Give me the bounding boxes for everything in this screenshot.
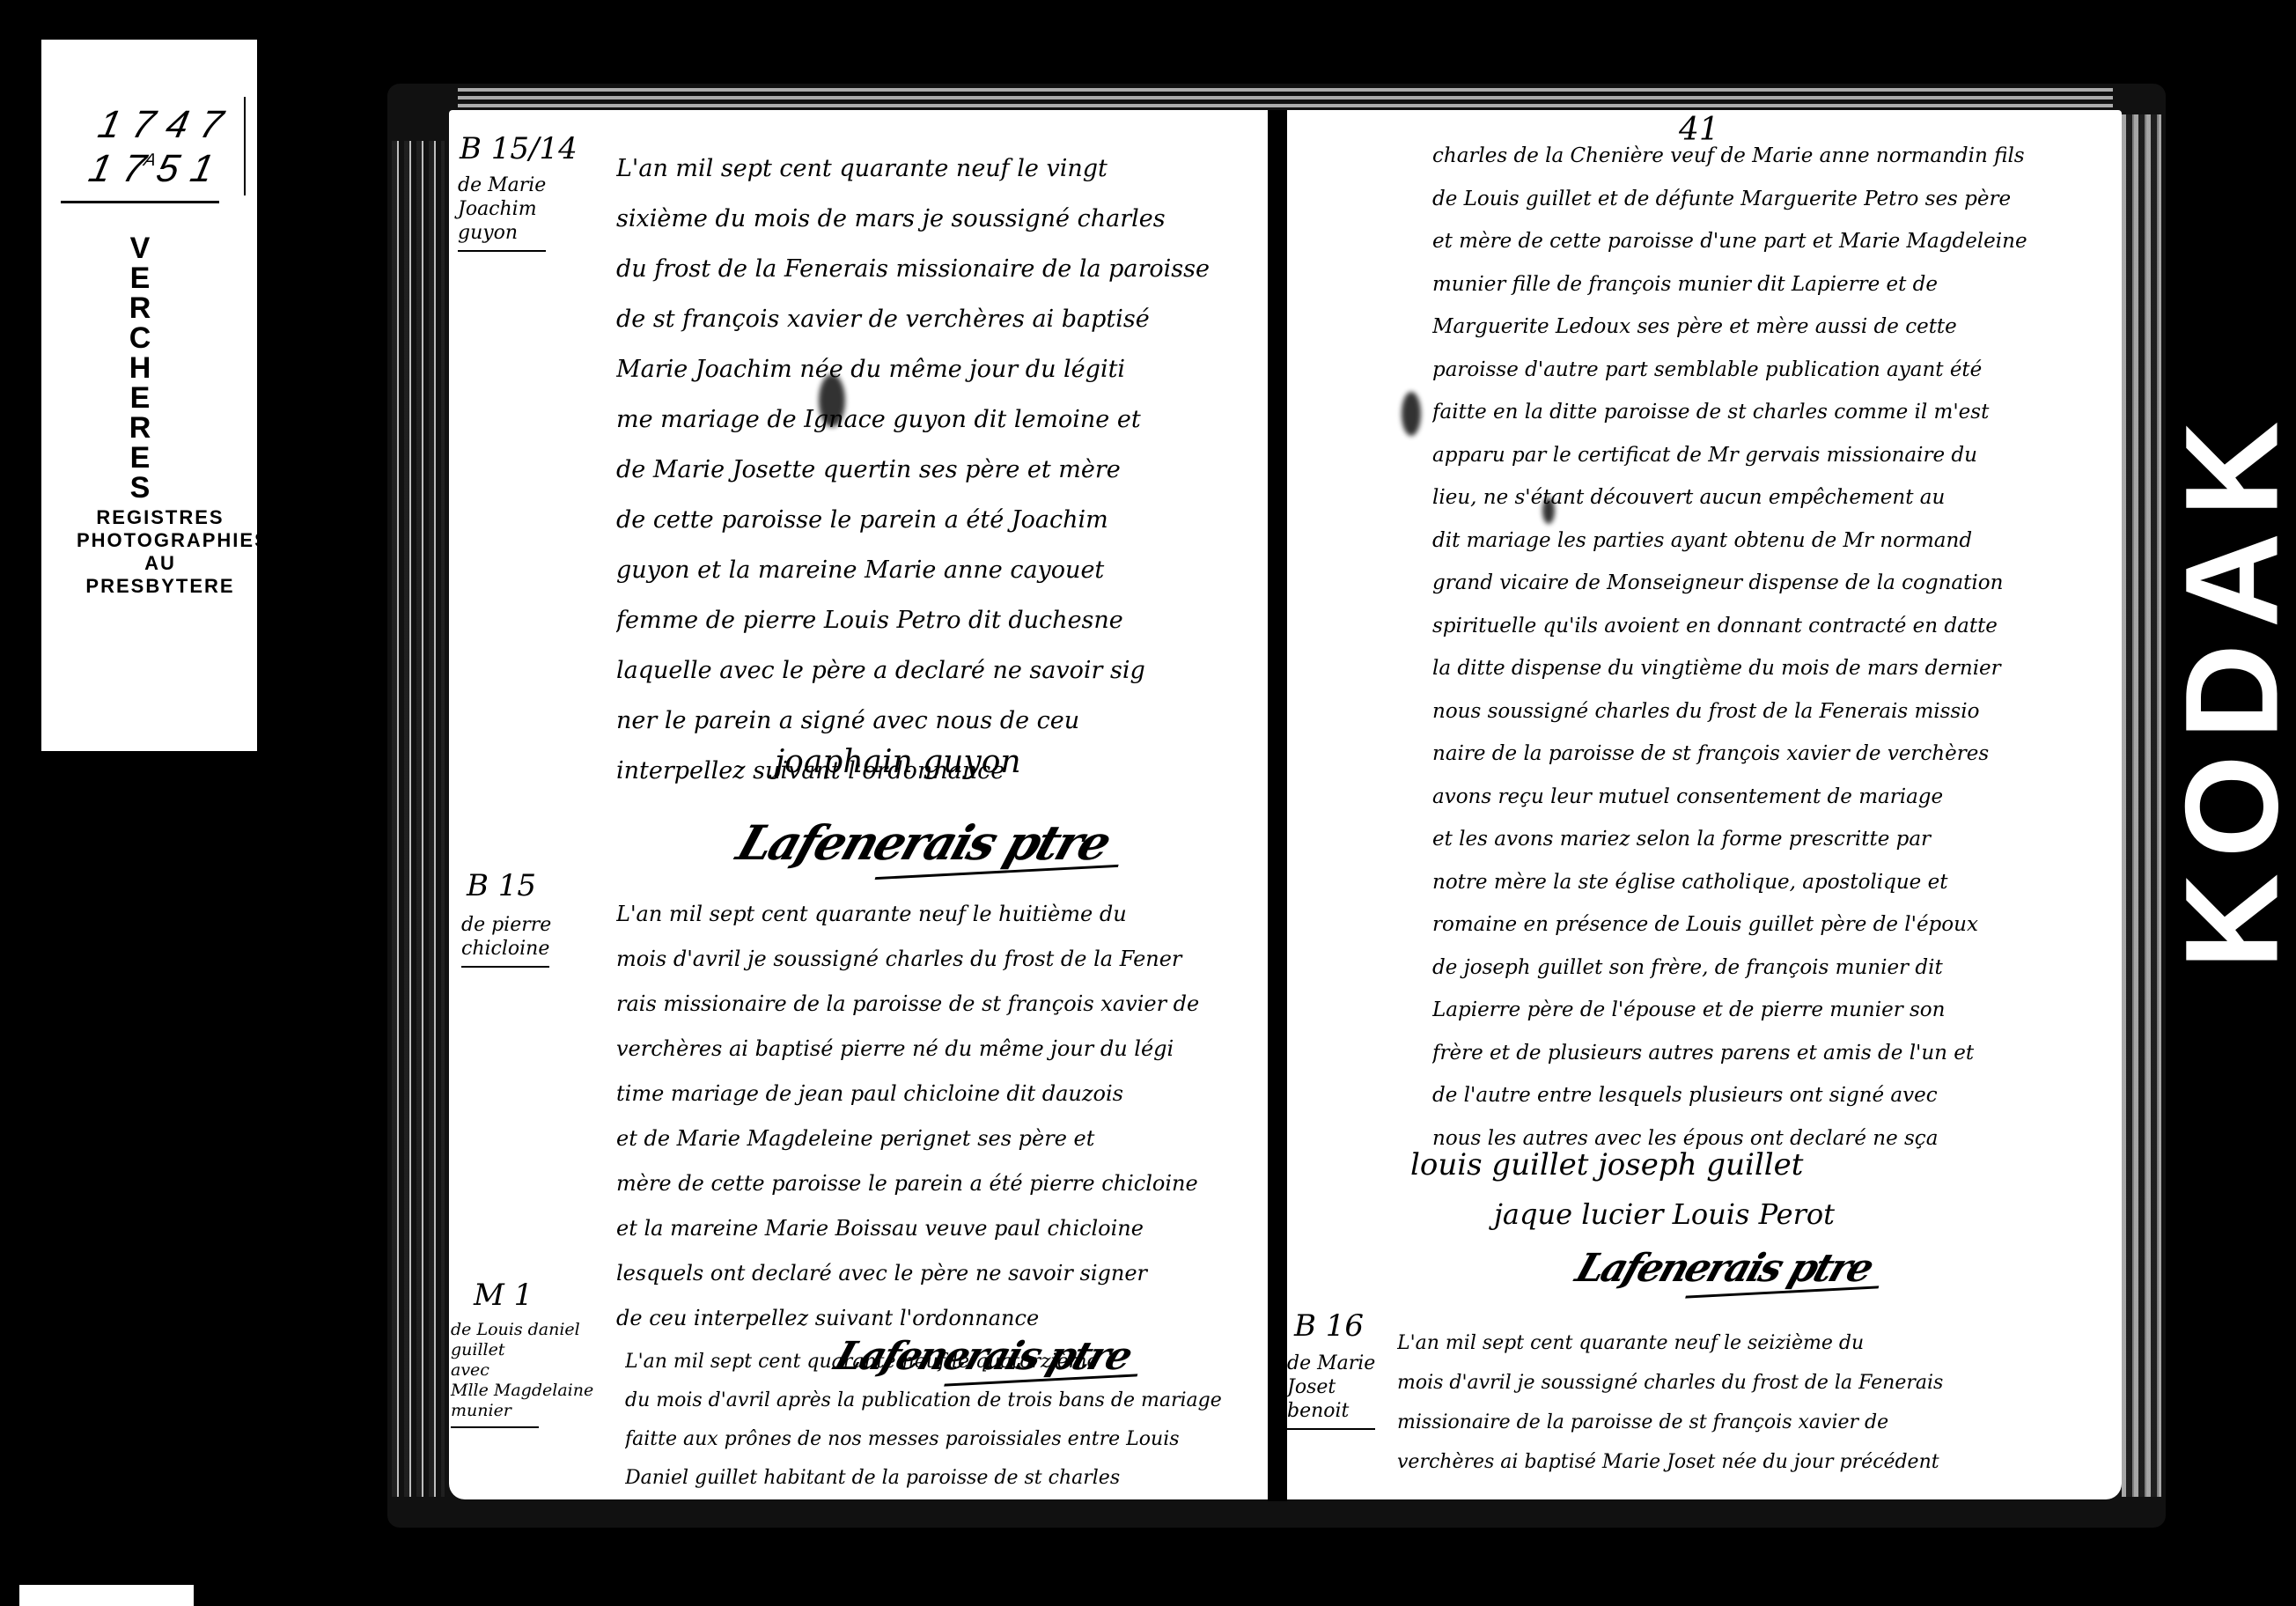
- signature-lafenerais: Lafenerais ptre: [1571, 1246, 1878, 1291]
- label-year-from: 1747: [94, 103, 239, 146]
- entry-3-text: L'an mil sept cent quarante neuf le quat…: [625, 1343, 1259, 1498]
- signature-lafenerais: Lafenerais ptre: [731, 814, 1117, 871]
- ink-blot: [1542, 497, 1555, 524]
- label-divider: [61, 201, 219, 203]
- label-note-line: PHOTOGRAPHIES: [77, 529, 244, 552]
- label-note: REGISTRES PHOTOGRAPHIES AU PRESBYTERE: [77, 506, 244, 598]
- label-vertical-rule: [244, 97, 246, 195]
- label-year-to: 1751: [85, 150, 234, 188]
- ink-blot: [819, 374, 845, 427]
- right-page: 41 charles de la Chenière veuf de Marie …: [1287, 110, 2122, 1499]
- entry-ref-b14: B 15/14: [460, 135, 578, 163]
- entry-1-text: L'an mil sept cent quarante neuf le ving…: [616, 144, 1250, 796]
- signature-louis-guillet: louis guillet joseph guillet: [1410, 1147, 1803, 1182]
- label-note-line: REGISTRES: [77, 506, 244, 529]
- kodak-text: KODAK: [2156, 405, 2296, 969]
- entry-ref-code: M 1: [474, 1281, 533, 1309]
- book-gutter: [1268, 110, 1287, 1501]
- label-note-line: AU: [77, 552, 244, 575]
- label-note-line: PRESBYTERE: [77, 575, 244, 598]
- entry-ref-code: B 15: [467, 872, 536, 900]
- margin-name-entry-3: de Louis daniel guillet avec Mlle Magdel…: [451, 1320, 593, 1428]
- margin-name-entry-1: de Marie Joachim guyon: [458, 173, 546, 252]
- entry-ref-m1: M 1: [474, 1281, 533, 1309]
- margin-name-entry-2: de pierre chicloine: [461, 913, 551, 968]
- margin-name-entry-b16: de Marie Joset benoit: [1287, 1352, 1375, 1430]
- entry-ref-code: B 16: [1294, 1312, 1364, 1340]
- book-top-edge: [458, 88, 2113, 110]
- entry-ref-b16: B 16: [1294, 1312, 1364, 1340]
- left-page: B 15/14 de Marie Joachim guyon L'an mil …: [449, 110, 1268, 1499]
- entry-ref-code: B 15/14: [460, 135, 578, 163]
- archive-label-card: 1747 A 1751 VERCHERES REGISTRES PHOTOGRA…: [41, 40, 257, 751]
- bottom-label-card: [19, 1585, 194, 1606]
- book-left-edge: [392, 141, 445, 1497]
- signature-jaque-lucier: jaque lucier Louis Perot: [1494, 1197, 1835, 1231]
- entry-2-text: L'an mil sept cent quarante neuf le huit…: [616, 892, 1250, 1341]
- film-edge-marking: KODAK: [2170, 203, 2293, 1171]
- signature-joachim-guyon: joaphain guyon: [775, 744, 1021, 780]
- ink-blot: [1402, 392, 1421, 436]
- entry-ref-b15: B 15: [467, 872, 536, 900]
- entry-marriage-continued-text: charles de la Chenière veuf de Marie ann…: [1432, 135, 2084, 1160]
- label-parish-name: VERCHERES: [122, 233, 158, 503]
- entry-b16-text: L'an mil sept cent quarante neuf le seiz…: [1397, 1323, 2101, 1482]
- label-year-range: 1747 A 1751: [85, 106, 244, 188]
